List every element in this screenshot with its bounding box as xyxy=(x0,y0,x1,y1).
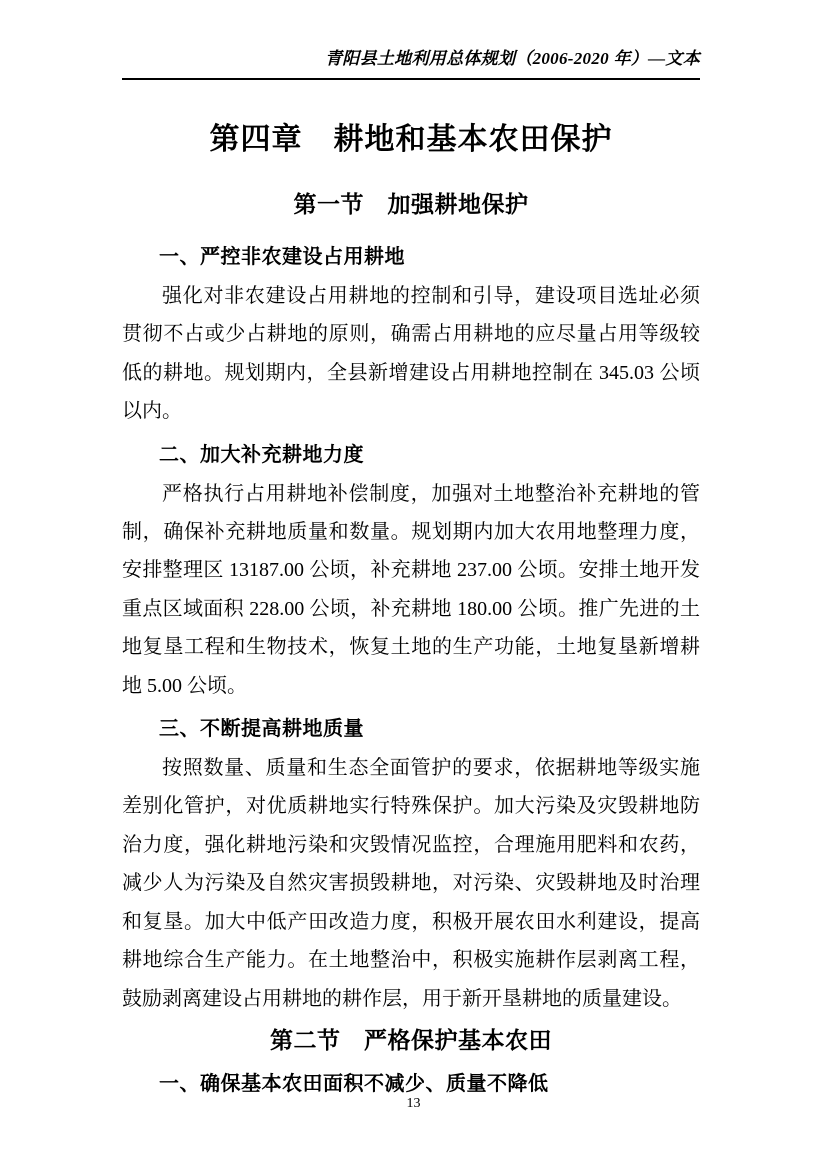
subsection-heading-1: 一、严控非农建设占用耕地 xyxy=(122,245,700,269)
chapter-title: 第四章 耕地和基本农田保护 xyxy=(122,122,700,158)
subsection-heading-4: 一、确保基本农田面积不减少、质量不降低 xyxy=(122,1072,700,1096)
subsection-heading-3: 三、不断提高耕地质量 xyxy=(122,717,700,741)
running-header-title: 青阳县土地利用总体规划（2006-2020 年）—文本 xyxy=(122,0,700,70)
section-title-1: 第一节 加强耕地保护 xyxy=(122,190,700,218)
section-title-2: 第二节 严格保护基本农田 xyxy=(122,1026,700,1054)
page-number: 13 xyxy=(0,1096,827,1112)
page-content: 青阳县土地利用总体规划（2006-2020 年）—文本 第四章 耕地和基本农田保… xyxy=(0,0,827,1096)
document-page: 青阳县土地利用总体规划（2006-2020 年）—文本 第四章 耕地和基本农田保… xyxy=(0,0,827,1169)
subsection-heading-2: 二、加大补充耕地力度 xyxy=(122,443,700,467)
paragraph-3: 按照数量、质量和生态全面管护的要求，依据耕地等级实施差别化管护，对优质耕地实行特… xyxy=(122,749,700,1018)
paragraph-2: 严格执行占用耕地补偿制度，加强对土地整治补充耕地的管制，确保补充耕地质量和数量。… xyxy=(122,475,700,705)
header-rule xyxy=(122,78,700,80)
paragraph-1: 强化对非农建设占用耕地的控制和引导，建设项目选址必须贯彻不占或少占耕地的原则，确… xyxy=(122,277,700,431)
